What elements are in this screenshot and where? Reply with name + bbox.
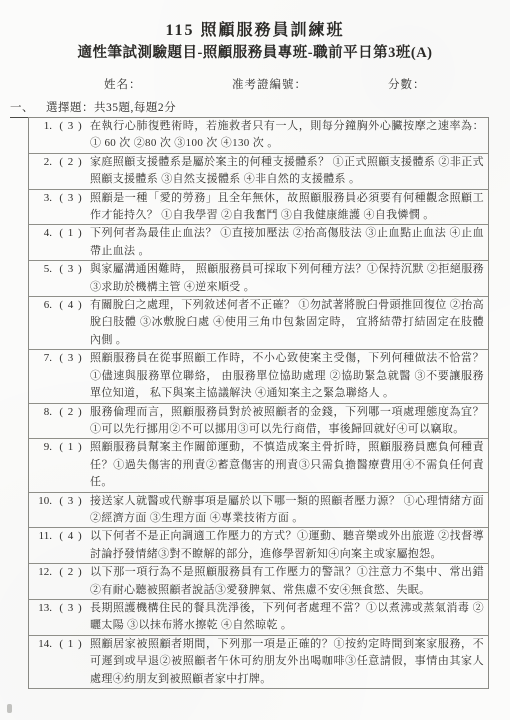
question-text: 照顧服務員幫案主作關節運動，不慎造成案主骨折時，照顧服務員應負何種責任？①過失傷… (90, 439, 488, 491)
question-answer: ( 3 ) (52, 190, 90, 207)
question-answer: ( 2 ) (52, 404, 90, 421)
question-answer: ( 3 ) (52, 118, 90, 135)
question-row: 8. ( 2 ) 服務倫理而言，照顧服務員對於被照顧者的金錢，下列哪一項處理態度… (29, 404, 488, 440)
question-row: 14. ( 1 ) 照顧居家被照顧者期間，下列那一項是正確的？①按約定時間到案家… (29, 636, 488, 689)
question-answer: ( 4 ) (52, 528, 90, 545)
questions-table: 1. ( 3 ) 在執行心肺復甦術時，若施救者只有一人，則每分鐘胸外心臟按摩之速… (28, 117, 489, 689)
question-row: 11. ( 4 ) 以下何者不是正向調適工作壓力的方式？①運動、聽音樂或外出旅遊… (29, 528, 488, 564)
question-text: 有關脫臼之處理，下列敘述何者不正確？ ①勿試著將脫臼骨頭推回復位 ②抬高脫臼肢體… (90, 297, 488, 349)
section-heading-row: 一、選擇題：共35題,每題2分 (10, 99, 253, 118)
score-label: 分數： (388, 76, 426, 92)
question-number: 7. (31, 350, 52, 367)
exam-sheet: 115 照顧服務員訓練班 適性筆試測驗題目-照顧服務員專班-職前平日第3班(A)… (0, 0, 510, 720)
question-answer: ( 3 ) (52, 261, 90, 278)
question-row: 2. ( 2 ) 家庭照顧支援體系是屬於案主的何種支援體系？ ①正式照顧支援體系… (29, 154, 488, 190)
question-answer: ( 3 ) (52, 350, 90, 367)
question-number: 3. (31, 190, 52, 207)
candidate-info-row: 姓名： 准考證編號： 分數： (0, 76, 510, 92)
question-row: 1. ( 3 ) 在執行心肺復甦術時，若施救者只有一人，則每分鐘胸外心臟按摩之速… (29, 118, 488, 154)
question-text: 在執行心肺復甦術時，若施救者只有一人，則每分鐘胸外心臟按摩之速率為：① 60 次… (90, 118, 488, 153)
question-row: 9. ( 1 ) 照顧服務員幫案主作關節運動，不慎造成案主骨折時，照顧服務員應負… (29, 439, 488, 492)
section-number: 一、 (10, 99, 34, 115)
question-row: 10. ( 3 ) 接送家人就醫或代辦事項是屬於以下哪一類的照顧者壓力源？ ①心… (29, 493, 488, 529)
question-text: 長期照護機構住民的餐具洗淨後，下列何者處理不當？①以煮沸或蒸氣消毒 ②曬太陽 ③… (90, 600, 488, 635)
question-row: 13. ( 3 ) 長期照護機構住民的餐具洗淨後，下列何者處理不當？①以煮沸或蒸… (29, 600, 488, 636)
question-number: 9. (31, 439, 52, 456)
question-row: 12. ( 2 ) 以下那一項行為不是照顧服務員有工作壓力的警訊？①注意力不集中… (29, 564, 488, 600)
question-text: 接送家人就醫或代辦事項是屬於以下哪一類的照顧者壓力源？ ①心理情緒方面 ②經濟方… (90, 493, 488, 528)
question-row: 6. ( 4 ) 有關脫臼之處理，下列敘述何者不正確？ ①勿試著將脫臼骨頭推回復… (29, 297, 488, 350)
question-row: 5. ( 3 ) 與家屬溝通困難時， 照顧服務員可採取下列何種方法？①保持沉默 … (29, 261, 488, 297)
question-text: 照顧居家被照顧者期間，下列那一項是正確的？①按約定時間到案家服務，不可遲到或早退… (90, 636, 488, 688)
section-heading: 選擇題：共35題,每題2分 (46, 102, 176, 114)
question-text: 服務倫理而言，照顧服務員對於被照顧者的金錢，下列哪一項處理態度為宜？①可以先行挪… (90, 404, 488, 439)
scan-smudge (7, 704, 12, 713)
question-number: 4. (31, 225, 52, 242)
question-text: 照顧服務員在從事照顧工作時，不小心致使案主受傷，下列何種做法不恰當？ ①儘速與服… (90, 350, 488, 402)
question-number: 6. (31, 297, 52, 314)
question-number: 8. (31, 404, 52, 421)
question-number: 13. (31, 600, 52, 617)
question-text: 家庭照顧支援體系是屬於案主的何種支援體系？ ①正式照顧支援體系 ②非正式照顧支援… (90, 154, 488, 189)
question-number: 5. (31, 261, 52, 278)
question-text: 以下何者不是正向調適工作壓力的方式？①運動、聽音樂或外出旅遊 ②找督導討論抒發情… (90, 528, 488, 563)
question-text: 與家屬溝通困難時， 照顧服務員可採取下列何種方法？①保持沉默 ②拒絕服務 ③求助… (90, 261, 488, 296)
question-number: 10. (31, 493, 52, 510)
exam-title-line2: 適性筆試測驗題目-照顧服務員專班-職前平日第3班(A) (0, 41, 510, 62)
question-answer: ( 2 ) (52, 564, 90, 581)
question-answer: ( 2 ) (52, 154, 90, 171)
question-answer: ( 3 ) (52, 600, 90, 617)
exam-title-line1: 115 照顧服務員訓練班 (0, 17, 510, 40)
question-number: 14. (31, 636, 52, 653)
question-text: 照顧是一種「愛的勞務」且全年無休，故照顧服務員必須要有何種觀念照顧工作才能持久？… (90, 190, 488, 225)
question-text: 下列何者為最佳止血法？ ①直接加壓法 ②抬高傷肢法 ③止血點止血法 ④止血帶止血… (90, 225, 488, 260)
question-number: 12. (31, 564, 52, 581)
question-answer: ( 3 ) (52, 493, 90, 510)
question-answer: ( 4 ) (52, 297, 90, 314)
question-answer: ( 1 ) (52, 636, 90, 653)
question-number: 1. (31, 118, 52, 135)
question-number: 11. (31, 528, 52, 545)
question-answer: ( 1 ) (52, 225, 90, 242)
reg-no-label: 准考證編號： (232, 76, 307, 92)
question-row: 7. ( 3 ) 照顧服務員在從事照顧工作時，不小心致使案主受傷，下列何種做法不… (29, 350, 488, 403)
question-row: 4. ( 1 ) 下列何者為最佳止血法？ ①直接加壓法 ②抬高傷肢法 ③止血點止… (29, 225, 488, 261)
question-text: 以下那一項行為不是照顧服務員有工作壓力的警訊？①注意力不集中、常出錯②有耐心聽被… (90, 564, 488, 599)
question-row: 3. ( 3 ) 照顧是一種「愛的勞務」且全年無休，故照顧服務員必須要有何種觀念… (29, 190, 488, 226)
name-label: 姓名： (104, 76, 142, 92)
question-number: 2. (31, 154, 52, 171)
question-answer: ( 1 ) (52, 439, 90, 456)
